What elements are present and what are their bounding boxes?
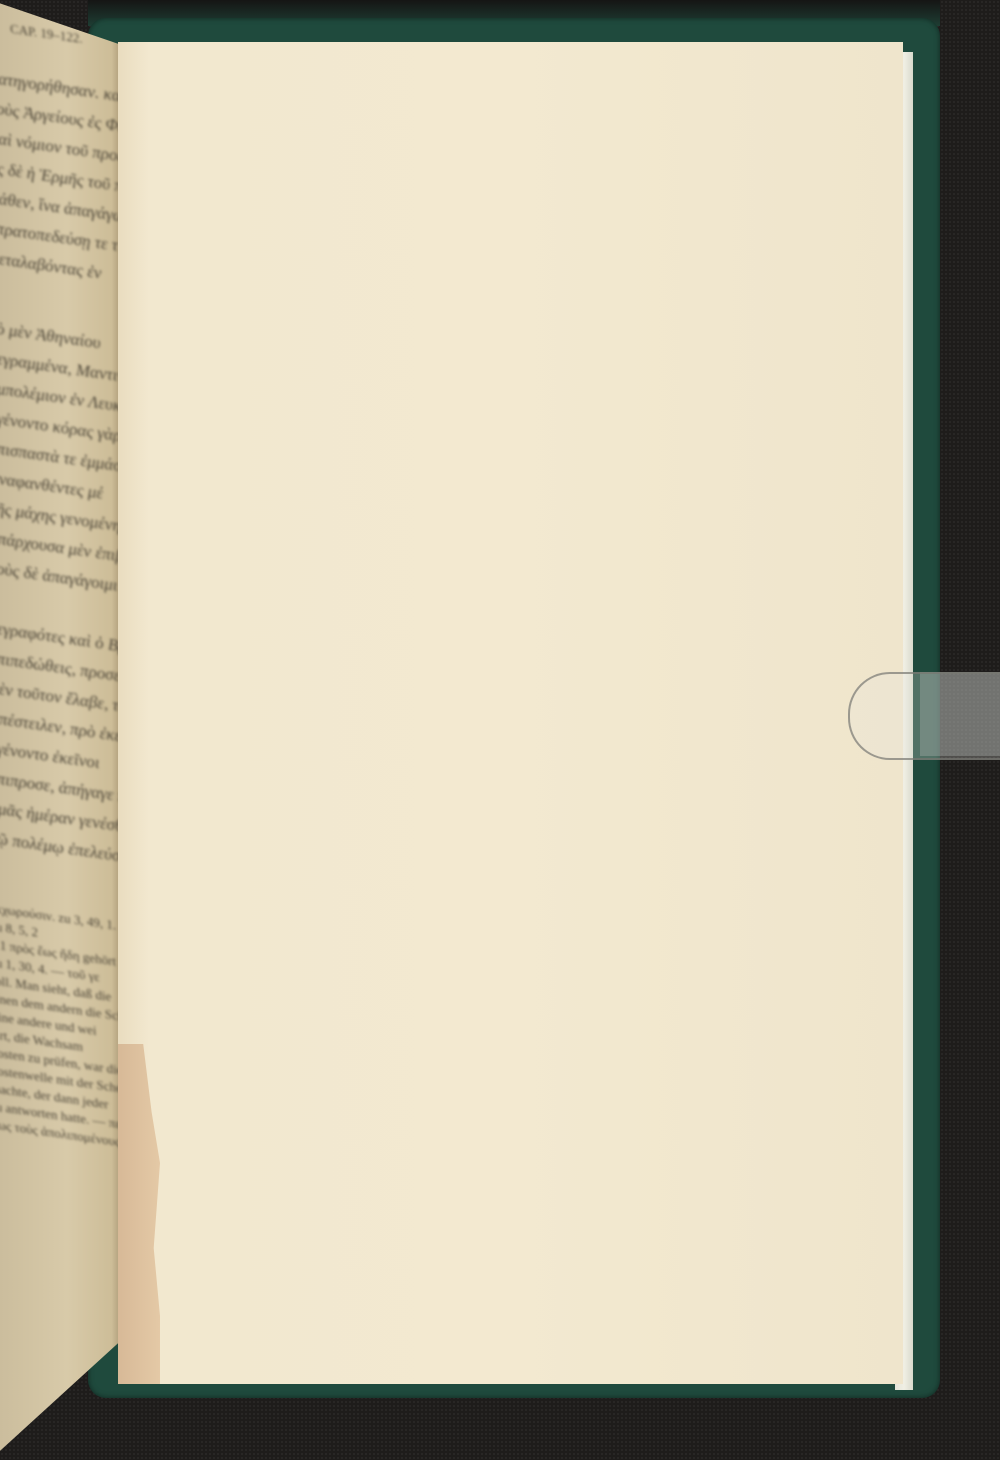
running-head: CAP. 19–122. bbox=[10, 21, 83, 47]
body-line: ἀναφανθέντες μέ bbox=[0, 468, 103, 504]
gutter-stain bbox=[118, 1044, 160, 1384]
body-line: ἐμπολέμιον ἐν Λευκ bbox=[0, 378, 118, 416]
body-line: τῷ πολέμῳ ἐπελεύσα τῷ bbox=[0, 828, 118, 871]
body-line: τοὺς δὲ ἀπαγάγοιμι τ bbox=[0, 558, 118, 597]
page-holder-clip bbox=[848, 672, 1000, 760]
right-page-blank bbox=[118, 42, 903, 1384]
body-line: μεταλαβόντας ἐν bbox=[0, 248, 101, 284]
body-line: ἐγένοντο κόρας γὰρ bbox=[0, 408, 118, 446]
body-line: τὸ μὲν Ἀθηναίου bbox=[0, 318, 101, 354]
body-line: στρατοπεδεύσῃ τε τ bbox=[0, 218, 118, 256]
body-line: ἐγένοντο ἐκεῖνοι bbox=[0, 738, 100, 773]
left-page: CAP. 19–122. κατηγορήθησαν. καὶ ἡ Λ τοὺς… bbox=[0, 0, 118, 1460]
